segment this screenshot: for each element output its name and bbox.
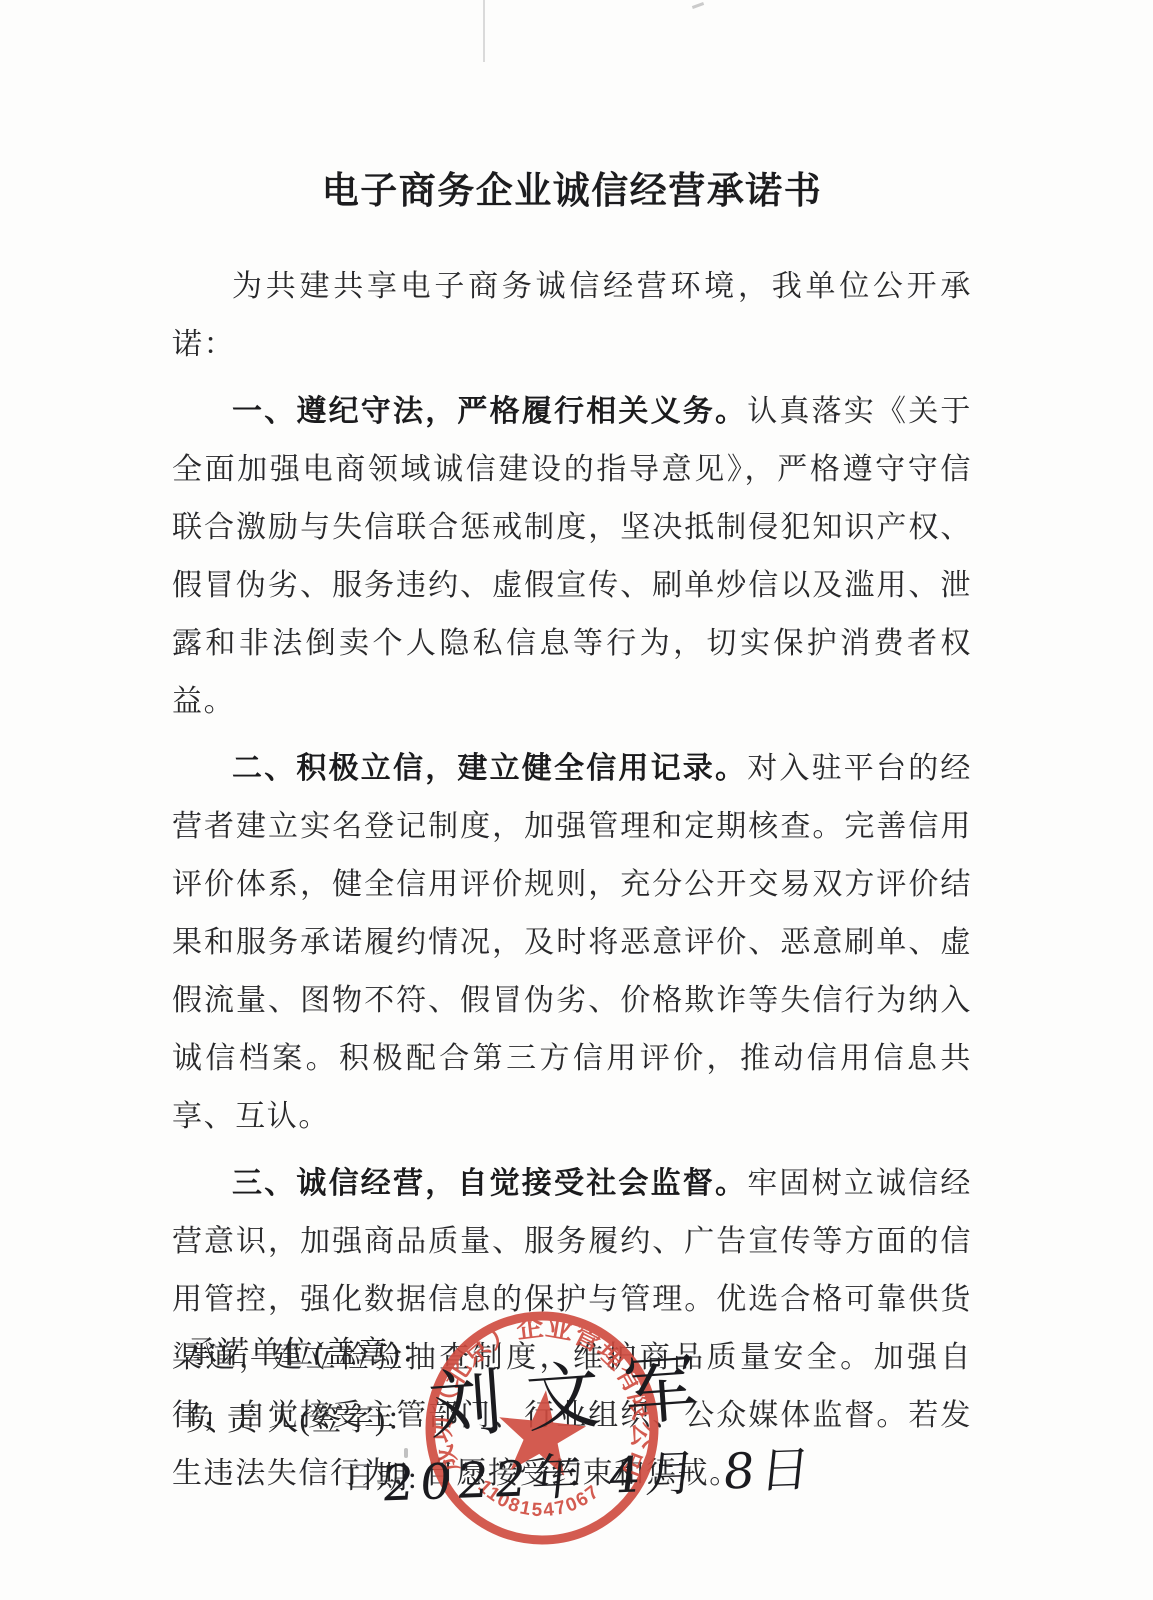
intro-paragraph: 为共建共享电子商务诚信经营环境，我单位公开承诺： [172,258,972,374]
scan-artifact-line [483,0,485,62]
section-paragraph-2: 二、积极立信，建立健全信用记录。对入驻平台的经营者建立实名登记制度，加强管理和定… [172,740,972,1146]
section-2-lead: 二、积极立信，建立健全信用记录。 [232,752,747,785]
unit-seal-label: 承诺单位(盖章)： [186,1327,433,1372]
section-paragraph-1: 一、遵纪守法，严格履行相关义务。认真落实《关于全面加强电商领域诚信建设的指导意见… [172,383,972,731]
scan-speck [692,2,704,9]
section-3-lead: 三、诚信经营，自觉接受社会监督。 [232,1167,747,1200]
person-signature-label: 负 责 人(签字)： [186,1394,418,1439]
document-body: 电子商务企业诚信经营承诺书 为共建共享电子商务诚信经营环境，我单位公开承诺： 一… [172,160,972,1503]
scanned-document-page: 电子商务企业诚信经营承诺书 为共建共享电子商务诚信经营环境，我单位公开承诺： 一… [0,0,1153,1600]
document-title: 电子商务企业诚信经营承诺书 [172,160,972,214]
section-1-lead: 一、遵纪守法，严格履行相关义务。 [232,395,747,428]
section-2-body: 对入驻平台的经营者建立实名登记制度，加强管理和定期核查。完善信用评价体系，健全信… [172,752,972,1133]
section-1-body: 认真落实《关于全面加强电商领域诚信建设的指导意见》，严格遵守守信联合激励与失信联… [172,395,972,718]
